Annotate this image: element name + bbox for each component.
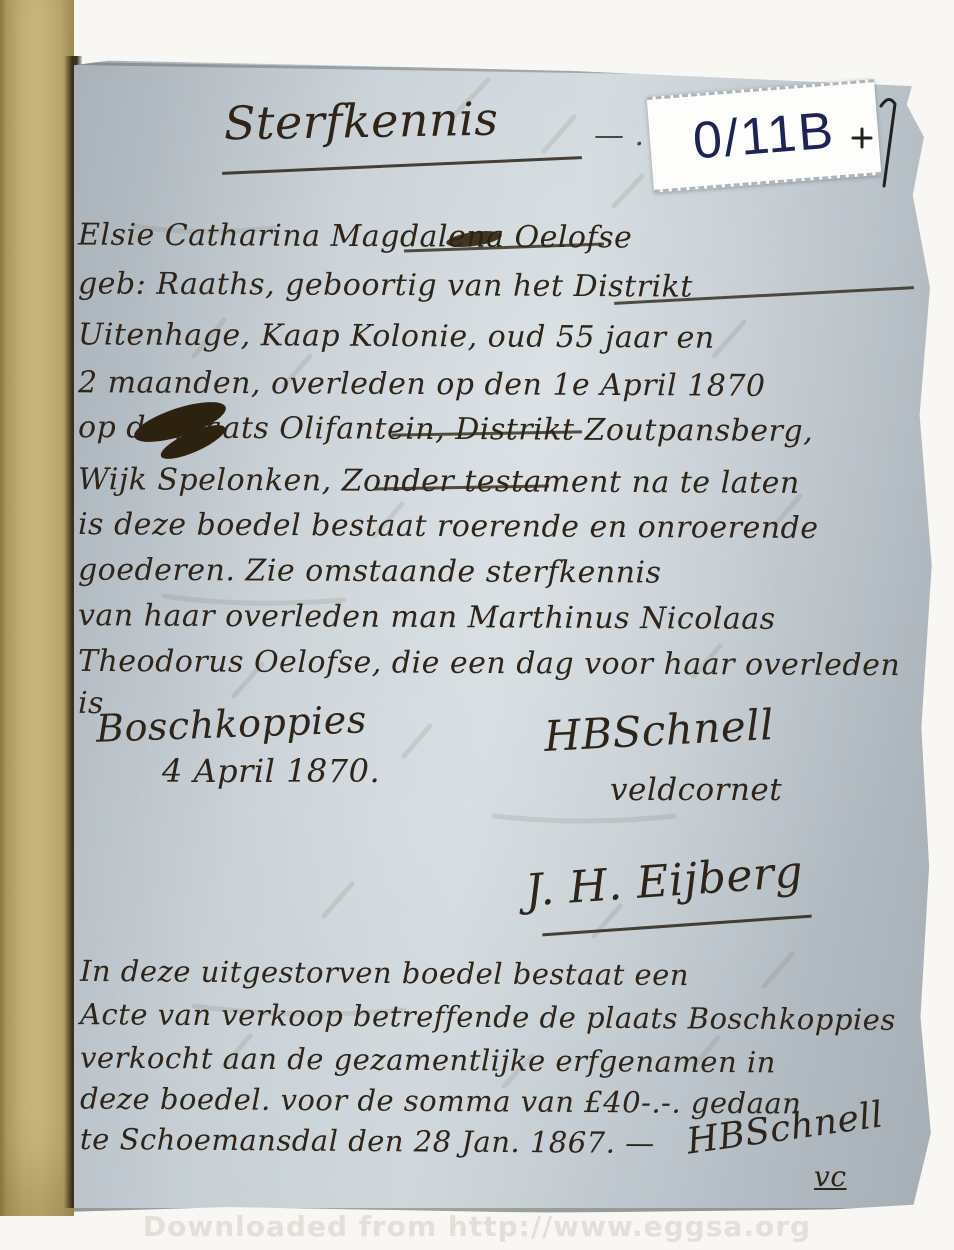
signature-underline-flourish (542, 915, 812, 937)
corner-annotation-mark (845, 92, 915, 202)
addendum-line: deze boedel. voor de somma van £40-.-. g… (80, 1081, 802, 1120)
dateline-date: 4 April 1870. (162, 752, 380, 790)
signature-witness: J. H. Eijberg (524, 846, 805, 916)
dateline-place: Boschkoppies (95, 697, 367, 750)
manuscript-paper: Sterfkennis — . . . Elsie Catharina Magd… (74, 56, 936, 1214)
manuscript-line: Uitenhage, Kaap Kolonie, oud 55 jaar en (78, 317, 715, 355)
addendum-line: Acte van verkoop betreffende de plaats B… (80, 997, 896, 1037)
manuscript-line: geb: Raaths, geboortig van het Distrikt (78, 266, 693, 304)
addendum-line: te Schoemansdal den 28 Jan. 1867. — (80, 1122, 655, 1160)
paper-top-edge (74, 62, 910, 78)
manuscript-line: Elsie Catharina Magdalena Oelofse (78, 218, 632, 256)
document-title: Sterfkennis (224, 92, 499, 151)
signature-fieldcornet: HBSchnell (543, 700, 775, 761)
scanned-document-page: Sterfkennis — . . . Elsie Catharina Magd… (0, 0, 954, 1250)
manuscript-line: Wijk Spelonken, Zonder testament na te l… (78, 462, 800, 501)
addendum-line: verkocht aan de gezamentlijke erfgenamen… (80, 1041, 776, 1080)
watermark-text: Downloaded from http://www.eggsa.org (0, 1210, 954, 1243)
manuscript-line: goederen. Zie omstaande sterfkennis (78, 552, 662, 590)
archive-reference-text: 0/11B (691, 101, 837, 172)
manuscript-line: Theodorus Oelofse, die een dag voor haar… (78, 644, 900, 683)
book-binding-edge (0, 0, 74, 1216)
signature-fieldcornet-title: veldcornet (610, 772, 782, 808)
manuscript-line: 2 maanden, overleden op den 1e April 187… (78, 365, 766, 404)
title-underline-flourish (222, 156, 582, 175)
addendum-line: In deze uitgestorven boedel bestaat een (80, 954, 689, 992)
signature-closing-initials: vc (814, 1160, 847, 1193)
manuscript-line: van haar overleden man Marthinus Nicolaa… (78, 598, 776, 637)
manuscript-line: is deze boedel bestaat roerende en onroe… (78, 507, 819, 546)
